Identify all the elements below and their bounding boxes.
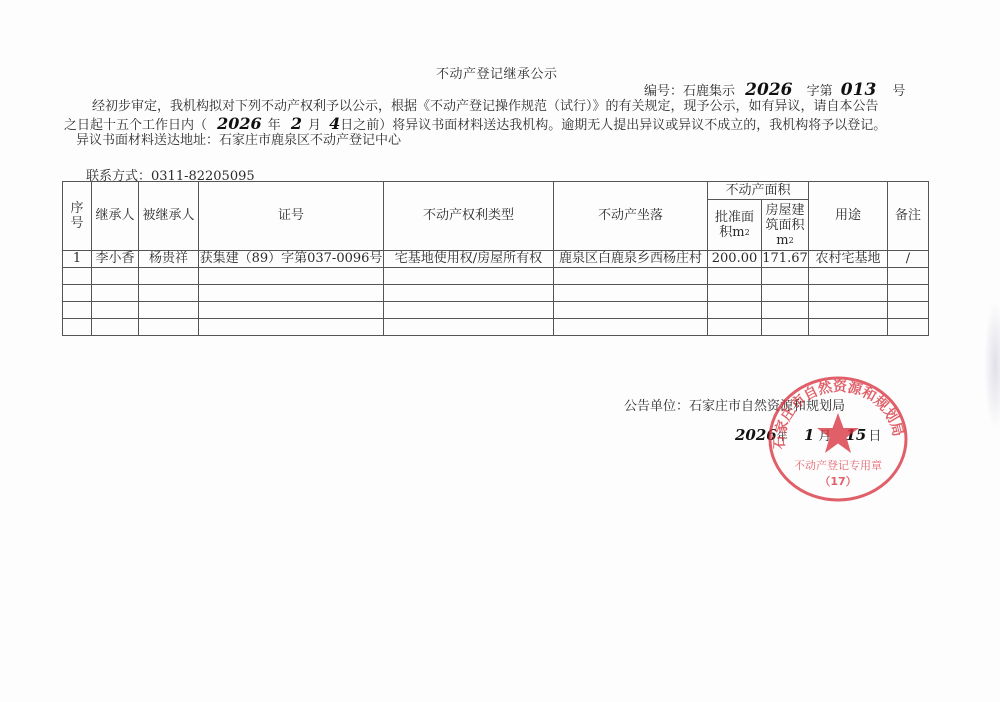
table-row: 1 李小香 杨贵祥 获集建（89）字第037-0096号 宅基地使用权/房屋所有… bbox=[63, 251, 929, 268]
objection-address: 异议书面材料送达地址：石家庄市鹿泉区不动产登记中心 bbox=[76, 132, 401, 149]
table-row-empty bbox=[63, 302, 929, 319]
document-number: 编号：石鹿集示 2026 字第 013 号 bbox=[644, 80, 905, 100]
header-area-group: 不动产面积 bbox=[708, 182, 809, 200]
seal-inner-text: 不动产登记专用章 bbox=[794, 458, 882, 472]
table-row-empty bbox=[63, 268, 929, 285]
deadline-year-label: 年 bbox=[268, 118, 281, 133]
header-remarks: 备注 bbox=[888, 182, 929, 251]
cell-approved-area: 200.00 bbox=[708, 251, 762, 268]
header-heir: 继承人 bbox=[92, 182, 139, 251]
building-area-unit: m bbox=[776, 233, 788, 248]
cell-usage: 农村宅基地 bbox=[809, 251, 888, 268]
header-cert-no: 证号 bbox=[199, 182, 384, 251]
cell-seq: 1 bbox=[63, 251, 92, 268]
official-seal-stamp: 石家庄市自然资源和规划局 不动产登记专用章 （17） bbox=[765, 373, 911, 503]
cell-remarks: / bbox=[888, 251, 929, 268]
document-title: 不动产登记继承公示 bbox=[436, 63, 558, 82]
cell-heir: 李小香 bbox=[92, 251, 139, 268]
deadline-day: 4 bbox=[329, 114, 340, 133]
doc-number-prefix: 编号：石鹿集示 bbox=[644, 84, 735, 99]
cell-cert-no: 获集建（89）字第037-0096号 bbox=[199, 251, 384, 268]
header-decedent: 被继承人 bbox=[139, 182, 199, 251]
table-row-empty bbox=[63, 319, 929, 336]
header-building-area: 房屋建筑面积m2 bbox=[762, 200, 809, 251]
header-seq: 序号 bbox=[63, 182, 92, 251]
doc-number-year: 2026 bbox=[745, 80, 792, 100]
scan-artifact bbox=[984, 300, 1000, 430]
approved-area-unit-sup: 2 bbox=[745, 228, 750, 237]
inheritance-table: 序号 继承人 被继承人 证号 不动产权利类型 不动产坐落 不动产面积 用途 备注… bbox=[62, 181, 929, 336]
cell-decedent: 杨贵祥 bbox=[139, 251, 199, 268]
header-usage: 用途 bbox=[809, 182, 888, 251]
deadline-prefix: 之日起十五个工作日内（ bbox=[64, 118, 207, 133]
deadline-year: 2026 bbox=[217, 114, 262, 133]
table-row-empty bbox=[63, 285, 929, 302]
doc-number-middle: 字第 bbox=[807, 84, 833, 99]
notice-paragraph-line1: 经初步审定，我机构拟对下列不动产权利予以公示，根据《不动产登记操作规范（试行）》… bbox=[92, 98, 879, 115]
star-icon bbox=[817, 413, 859, 453]
header-approved-area: 批准面积m2 bbox=[708, 200, 762, 251]
cell-building-area: 171.67 bbox=[762, 251, 809, 268]
doc-number-serial: 013 bbox=[841, 80, 877, 100]
building-area-label: 房屋建筑面积 bbox=[765, 203, 804, 233]
seal-number: （17） bbox=[819, 475, 856, 488]
deadline-month: 2 bbox=[291, 114, 302, 133]
deadline-suffix: 日之前）将异议书面材料送达我机构。逾期无人提出异议或异议不成立的，我机构将予以登… bbox=[340, 118, 886, 133]
deadline-month-label: 月 bbox=[308, 118, 321, 133]
approved-area-unit: m bbox=[732, 225, 744, 240]
building-area-unit-sup: 2 bbox=[789, 236, 794, 245]
header-location: 不动产坐落 bbox=[554, 182, 708, 251]
header-right-type: 不动产权利类型 bbox=[384, 182, 554, 251]
cell-right-type: 宅基地使用权/房屋所有权 bbox=[384, 251, 554, 268]
doc-number-suffix: 号 bbox=[892, 84, 905, 99]
cell-location: 鹿泉区白鹿泉乡西杨庄村 bbox=[554, 251, 708, 268]
